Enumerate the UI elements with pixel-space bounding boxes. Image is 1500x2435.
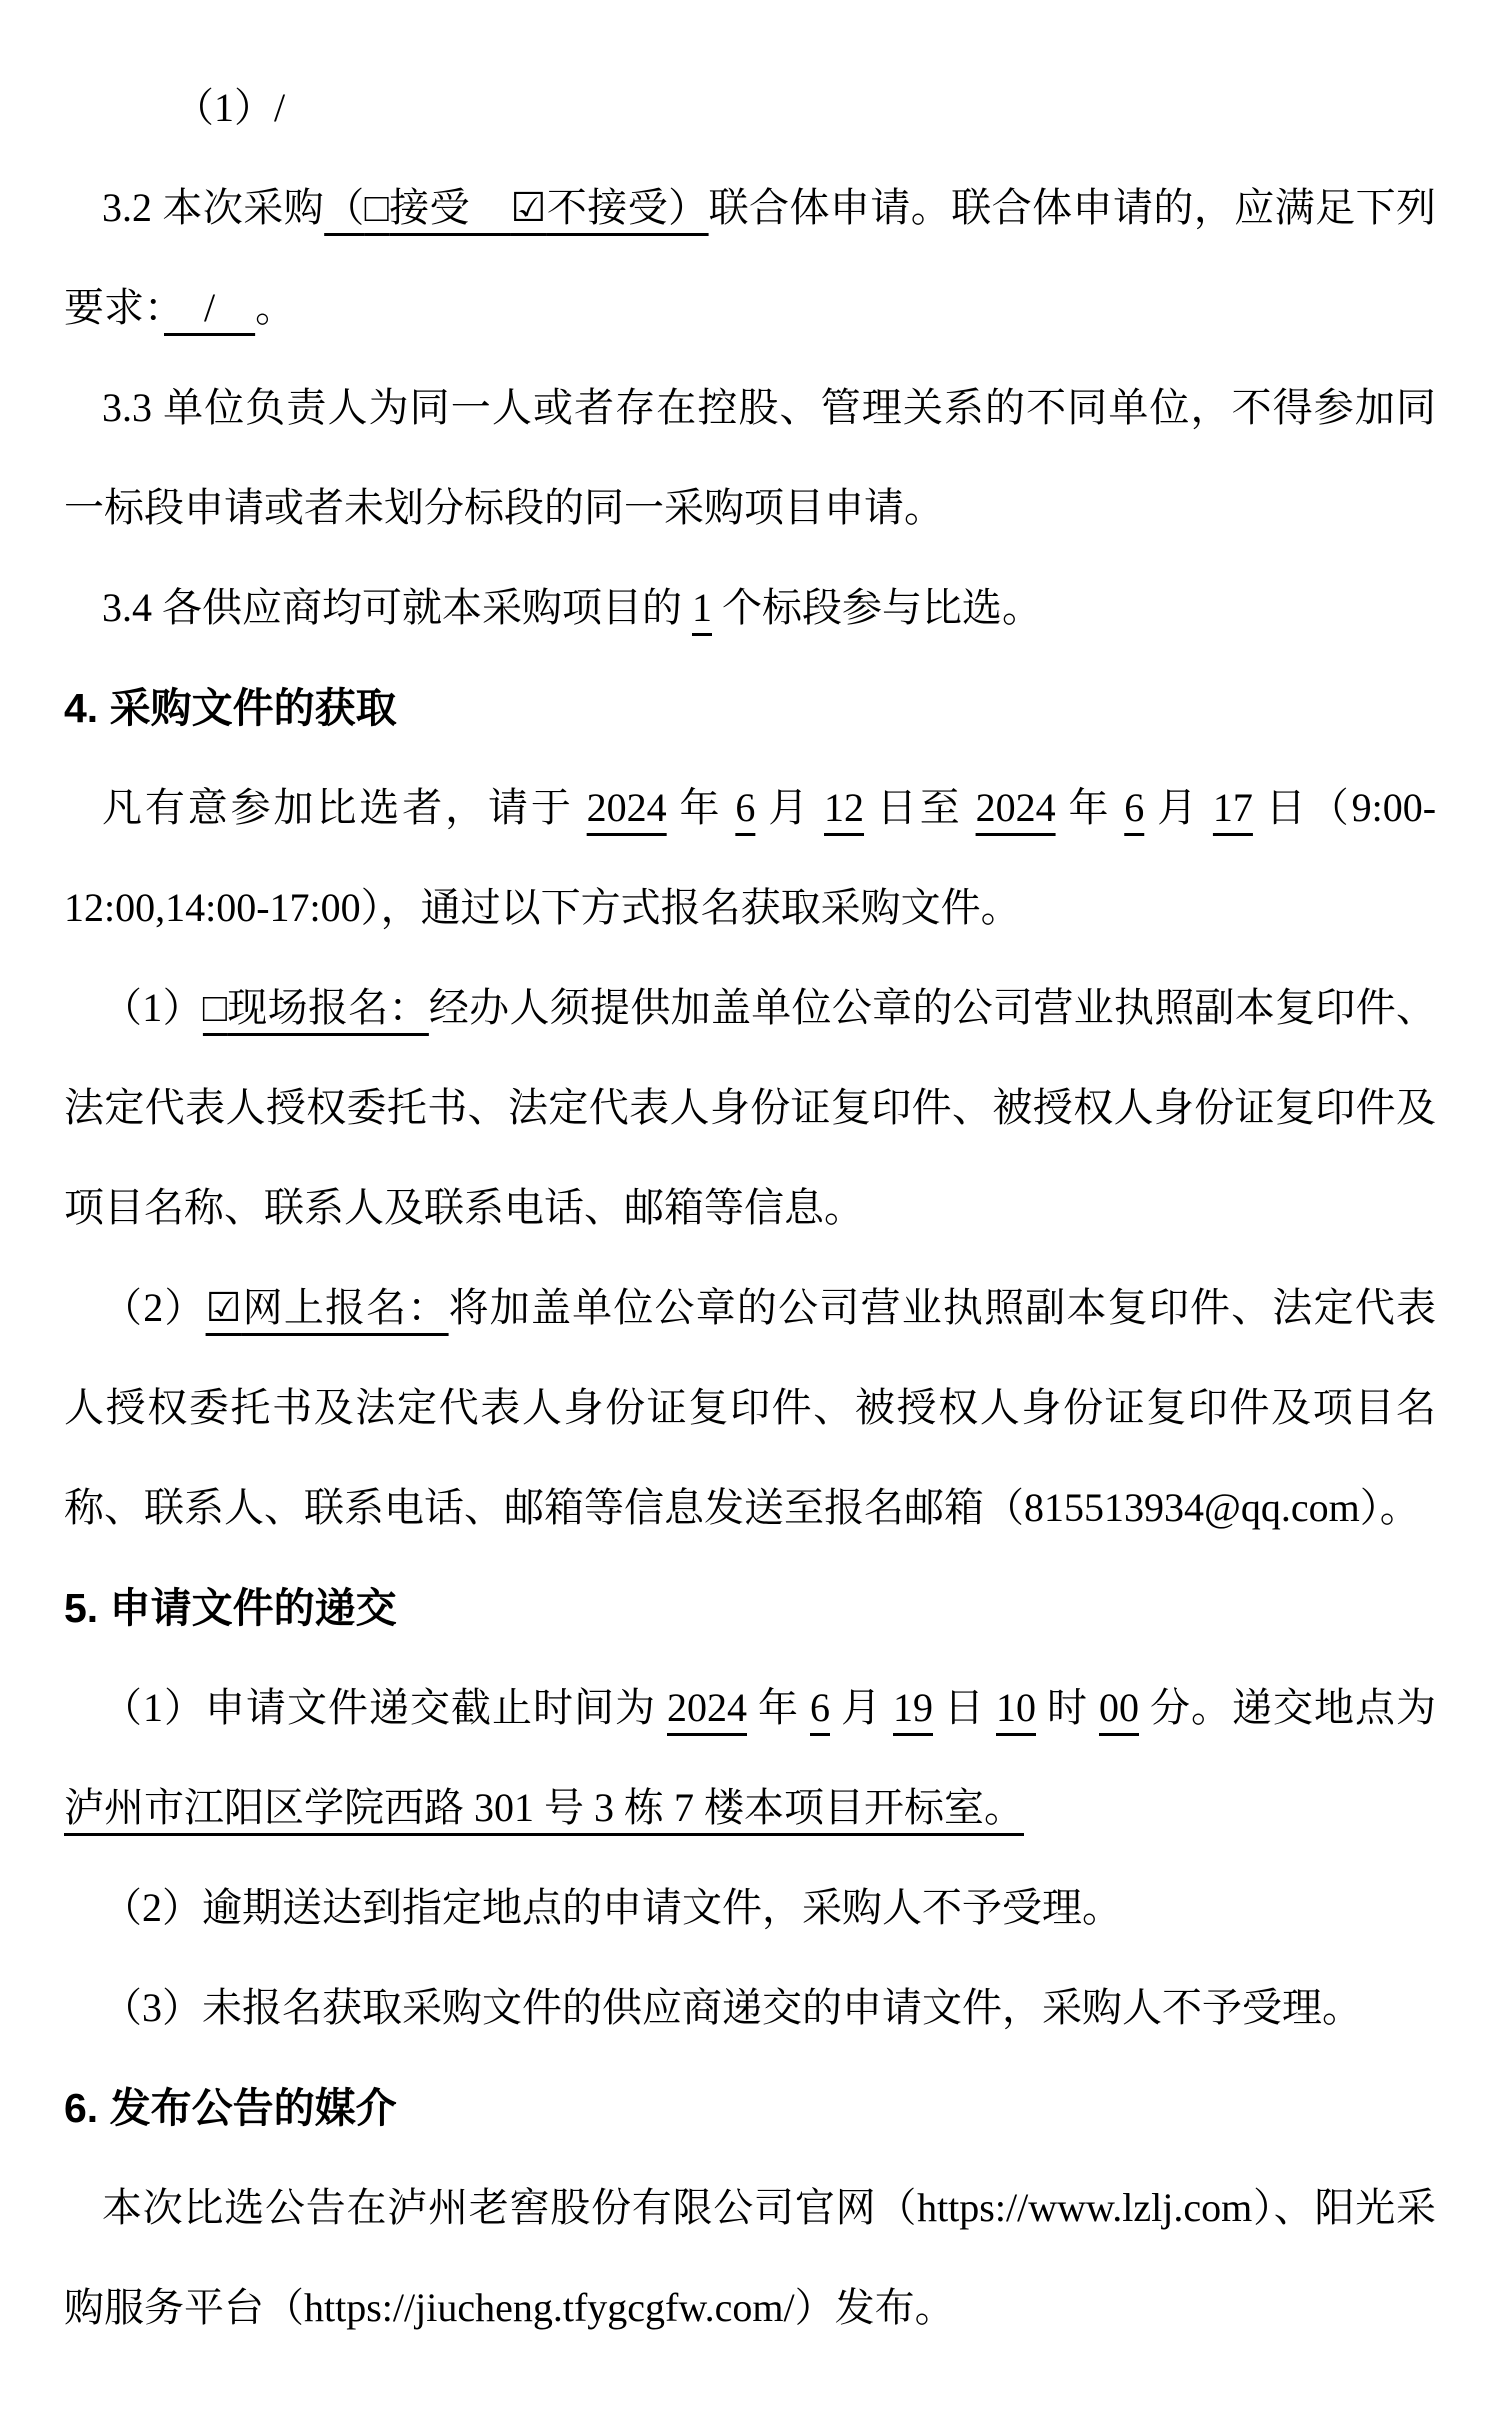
text-run: 2024: [587, 785, 667, 830]
paragraph: （1）/: [64, 58, 1436, 158]
text-run: 个标段参与比选。: [712, 585, 1042, 630]
paragraph: 3.2 本次采购（□接受 ☑不接受）联合体申请。联合体申请的，应满足下列要求： …: [64, 158, 1436, 358]
section-heading: 5. 申请文件的递交: [64, 1558, 1436, 1658]
text-run: 2024: [976, 785, 1056, 830]
paragraph: （1）申请文件递交截止时间为 2024 年 6 月 19 日 10 时 00 分…: [64, 1658, 1436, 1858]
text-run: 12: [824, 785, 864, 830]
text-run: 分。递交地点为: [1139, 1685, 1436, 1730]
text-run: 4. 采购文件的获取: [64, 685, 397, 731]
text-run: 不接受）: [546, 185, 708, 230]
paragraph: （1）□现场报名：经办人须提供加盖单位公章的公司营业执照副本复印件、法定代表人授…: [64, 958, 1436, 1258]
text-run: 泸州市江阳区学院西路 301 号 3 栋 7 楼本项目开标室。: [64, 1785, 1024, 1830]
text-run: 17: [1213, 785, 1253, 830]
text-run: 00: [1099, 1685, 1139, 1730]
text-run: （1）申请文件递交截止时间为: [102, 1685, 667, 1730]
checkbox-unchecked-icon: □: [203, 985, 227, 1030]
text-run: 6: [735, 785, 755, 830]
paragraph: （3）未报名获取采购文件的供应商递交的申请文件，采购人不予受理。: [64, 1958, 1436, 2058]
text-run: 时: [1036, 1685, 1099, 1730]
text-run: 年: [1056, 785, 1125, 830]
text-run: 日: [933, 1685, 996, 1730]
text-run: 现场报名：: [227, 985, 429, 1030]
paragraph: 3.4 各供应商均可就本采购项目的 1 个标段参与比选。: [64, 558, 1436, 658]
text-run: 3.4 各供应商均可就本采购项目的: [102, 585, 692, 630]
text-run: 3.2 本次采购: [102, 185, 324, 230]
text-run: 月: [1144, 785, 1213, 830]
text-run: 日至: [864, 785, 976, 830]
text-run: （2）: [102, 1285, 206, 1330]
text-run: /: [164, 285, 255, 330]
checkbox-checked-icon: ☑: [511, 185, 547, 230]
text-run: 1: [692, 585, 712, 630]
paragraph: 3.3 单位负责人为同一人或者存在控股、管理关系的不同单位，不得参加同一标段申请…: [64, 358, 1436, 558]
text-run: 10: [996, 1685, 1036, 1730]
paragraph: （2）☑网上报名：将加盖单位公章的公司营业执照副本复印件、法定代表人授权委托书及…: [64, 1258, 1436, 1558]
text-run: 网上报名：: [241, 1285, 448, 1330]
text-run: （3）未报名获取采购文件的供应商递交的申请文件，采购人不予受理。: [102, 1985, 1362, 2030]
text-run: 6: [1124, 785, 1144, 830]
text-run: 6: [810, 1685, 830, 1730]
text-run: 本次比选公告在泸州老窖股份有限公司官网（https://www.lzlj.com…: [64, 2185, 1436, 2330]
checkbox-checked-icon: ☑: [206, 1285, 242, 1330]
text-run: 2024: [667, 1685, 747, 1730]
text-run: 凡有意参加比选者，请于: [102, 785, 587, 830]
text-run: （1）: [102, 985, 203, 1030]
paragraph: 本次比选公告在泸州老窖股份有限公司官网（https://www.lzlj.com…: [64, 2158, 1436, 2358]
text-run: 5. 申请文件的递交: [64, 1585, 397, 1631]
text-run: 19: [893, 1685, 933, 1730]
section-heading: 6. 发布公告的媒介: [64, 2058, 1436, 2158]
text-run: 3.3 单位负责人为同一人或者存在控股、管理关系的不同单位，不得参加同一标段申请…: [64, 385, 1436, 530]
text-run: 接受: [389, 185, 510, 230]
paragraph: 凡有意参加比选者，请于 2024 年 6 月 12 日至 2024 年 6 月 …: [64, 758, 1436, 958]
text-run: 年: [747, 1685, 810, 1730]
document-page: （1）/3.2 本次采购（□接受 ☑不接受）联合体申请。联合体申请的，应满足下列…: [0, 0, 1500, 2435]
text-run: 6. 发布公告的媒介: [64, 2085, 397, 2131]
text-run: （2）逾期送达到指定地点的申请文件，采购人不予受理。: [102, 1885, 1122, 1930]
text-run: 。: [255, 285, 295, 330]
text-run: 月: [830, 1685, 893, 1730]
text-run: 月: [755, 785, 824, 830]
text-run: 年: [667, 785, 736, 830]
paragraph: （2）逾期送达到指定地点的申请文件，采购人不予受理。: [64, 1858, 1436, 1958]
section-heading: 4. 采购文件的获取: [64, 658, 1436, 758]
text-run: （1）/: [174, 85, 285, 130]
text-run: （: [324, 185, 364, 230]
checkbox-unchecked-icon: □: [365, 185, 390, 230]
